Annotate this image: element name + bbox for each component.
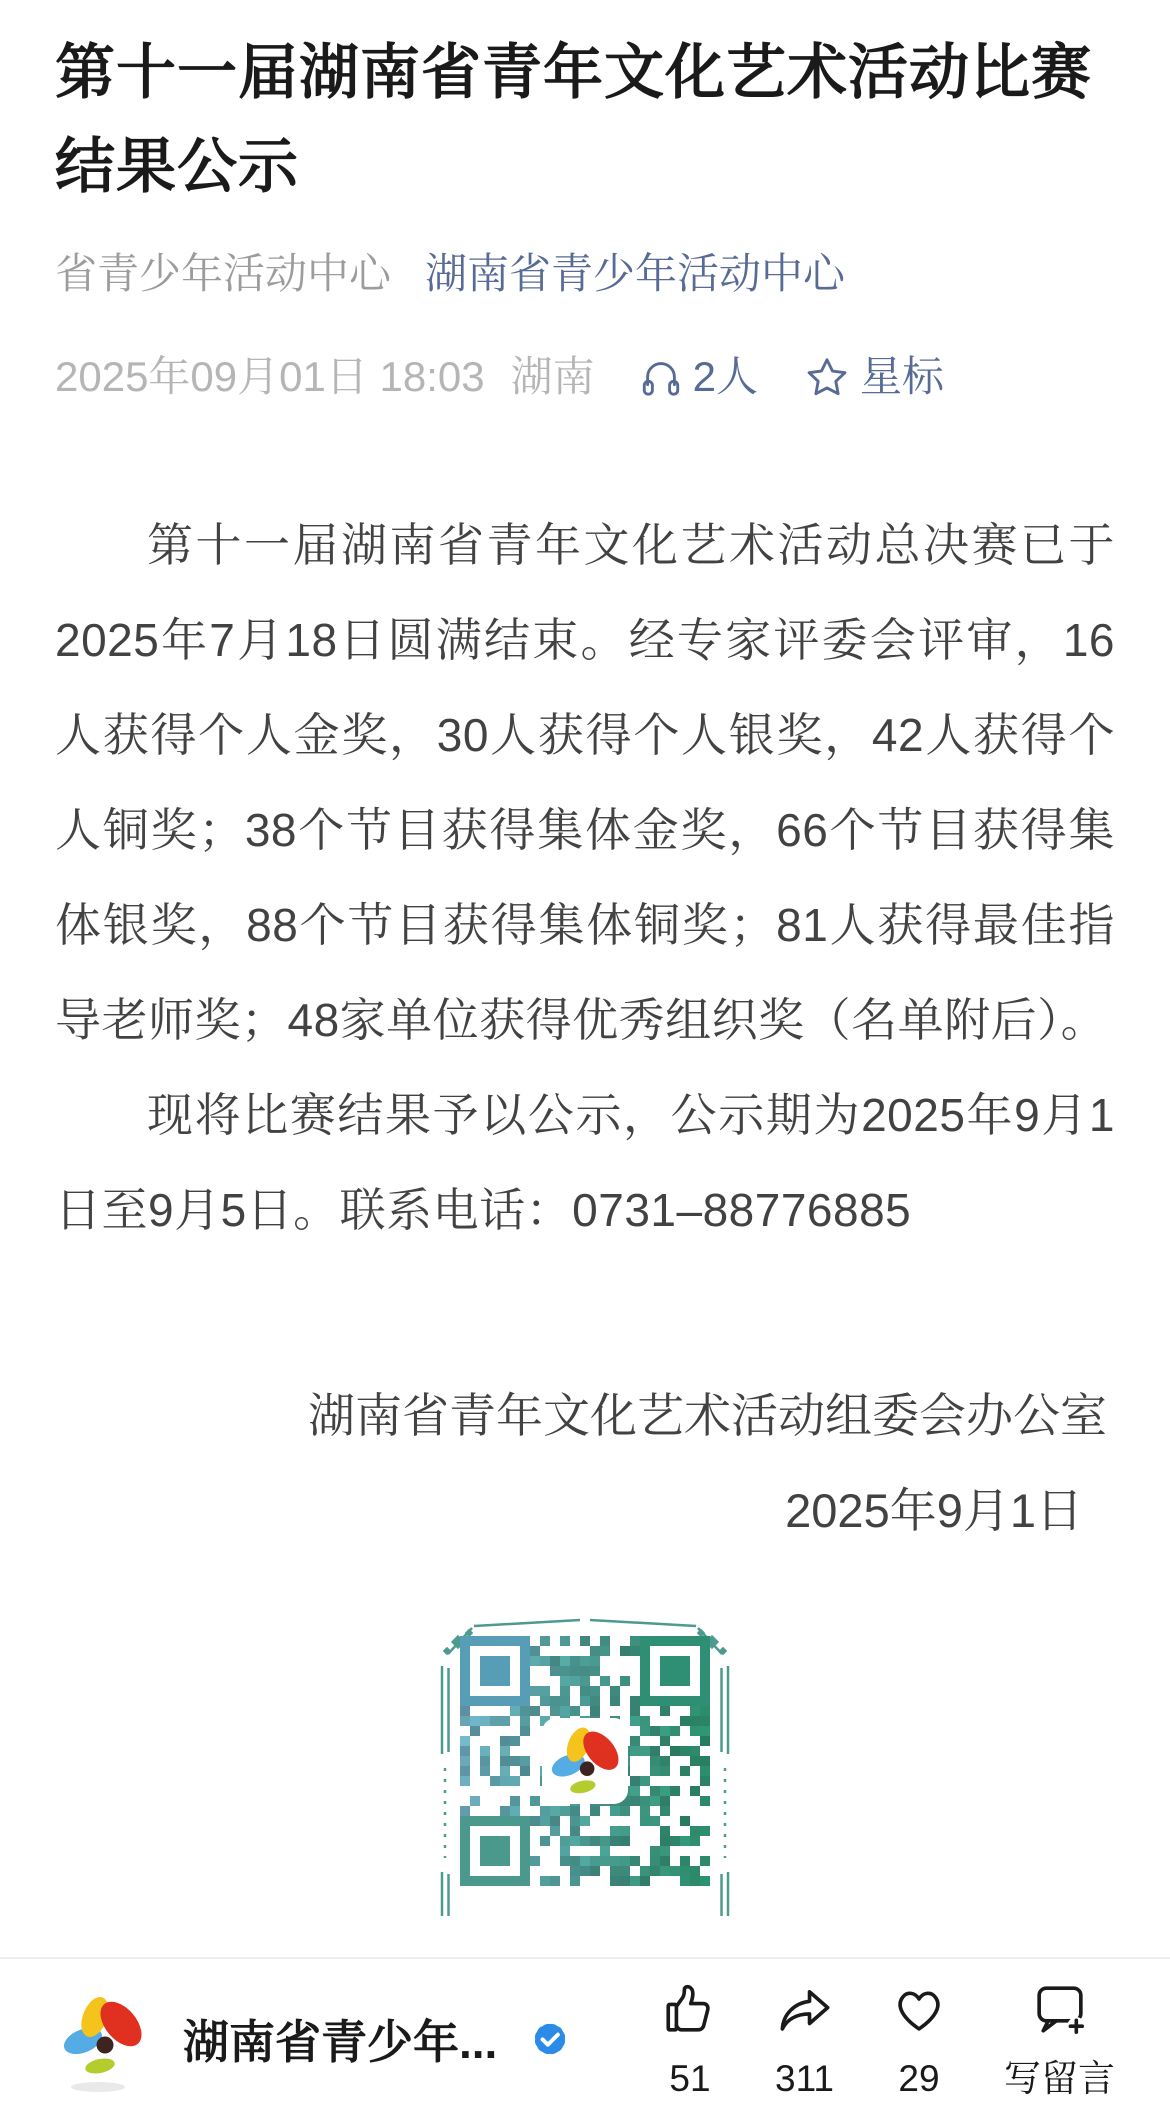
paragraph-1: 第十一届湖南省青年文化艺术活动总决赛已于2025年7月18日圆满结束。经专家评委… bbox=[55, 498, 1115, 1068]
article-page: 第十一届湖南省青年文化艺术活动比赛结果公示 省青少年活动中心 湖南省青少年活动中… bbox=[0, 0, 1170, 2119]
author-name: 省青少年活动中心 bbox=[55, 252, 391, 296]
signature-date: 2025年9月1日 bbox=[55, 1463, 1115, 1558]
signature-block: 湖南省青年文化艺术活动组委会办公室 2025年9月1日 bbox=[55, 1368, 1115, 1558]
meta-row: 2025年09月01日 18:03 湖南 2人 星标 bbox=[55, 354, 1115, 400]
comment-button[interactable]: 写留言 bbox=[1004, 1980, 1115, 2098]
bottom-toolbar: 湖南省青少年... 51 311 29 bbox=[0, 1957, 1170, 2119]
star-label: 星标 bbox=[860, 355, 944, 399]
share-button[interactable]: 311 bbox=[775, 1980, 834, 2098]
qr-code[interactable] bbox=[430, 1606, 740, 1916]
publish-location: 湖南 bbox=[511, 355, 595, 399]
headphones-icon bbox=[639, 355, 683, 399]
account-entry[interactable]: 湖南省青少年... bbox=[55, 1984, 571, 2094]
share-count: 311 bbox=[775, 2060, 834, 2098]
heart-icon bbox=[890, 1980, 948, 2038]
action-bar: 51 311 29 写留言 bbox=[661, 1980, 1115, 2098]
favorite-count: 29 bbox=[898, 2060, 939, 2098]
account-link[interactable]: 湖南省青少年活动中心 bbox=[425, 252, 845, 296]
author-row: 省青少年活动中心 湖南省青少年活动中心 bbox=[55, 252, 1115, 296]
like-count: 51 bbox=[669, 2060, 710, 2098]
paragraph-2: 现将比赛结果予以公示，公示期为2025年9月1日至9月5日。联系电话：0731–… bbox=[55, 1068, 1115, 1258]
comment-label: 写留言 bbox=[1004, 2060, 1115, 2098]
verified-badge-icon bbox=[529, 2018, 571, 2060]
star-icon bbox=[804, 354, 850, 400]
article-body: 第十一届湖南省青年文化艺术活动比赛结果公示 省青少年活动中心 湖南省青少年活动中… bbox=[0, 26, 1170, 1916]
share-arrow-icon bbox=[776, 1980, 834, 2038]
qr-code-block bbox=[55, 1606, 1115, 1916]
listen-button[interactable]: 2人 bbox=[639, 355, 758, 399]
article-title: 第十一届湖南省青年文化艺术活动比赛结果公示 bbox=[55, 26, 1115, 214]
thumbs-up-icon bbox=[661, 1980, 719, 2038]
like-button[interactable]: 51 bbox=[661, 1980, 719, 2098]
signature-office: 湖南省青年文化艺术活动组委会办公室 bbox=[55, 1368, 1115, 1463]
account-logo-icon bbox=[55, 1984, 157, 2094]
article-content: 第十一届湖南省青年文化艺术活动总决赛已于2025年7月18日圆满结束。经专家评委… bbox=[55, 498, 1115, 1258]
favorite-button[interactable]: 29 bbox=[890, 1980, 948, 2098]
star-button[interactable]: 星标 bbox=[804, 354, 944, 400]
listen-count: 2人 bbox=[693, 355, 758, 399]
comment-bubble-icon bbox=[1031, 1980, 1089, 2038]
publish-datetime: 2025年09月01日 18:03 bbox=[55, 355, 485, 399]
account-name: 湖南省青少年... bbox=[183, 2006, 497, 2072]
